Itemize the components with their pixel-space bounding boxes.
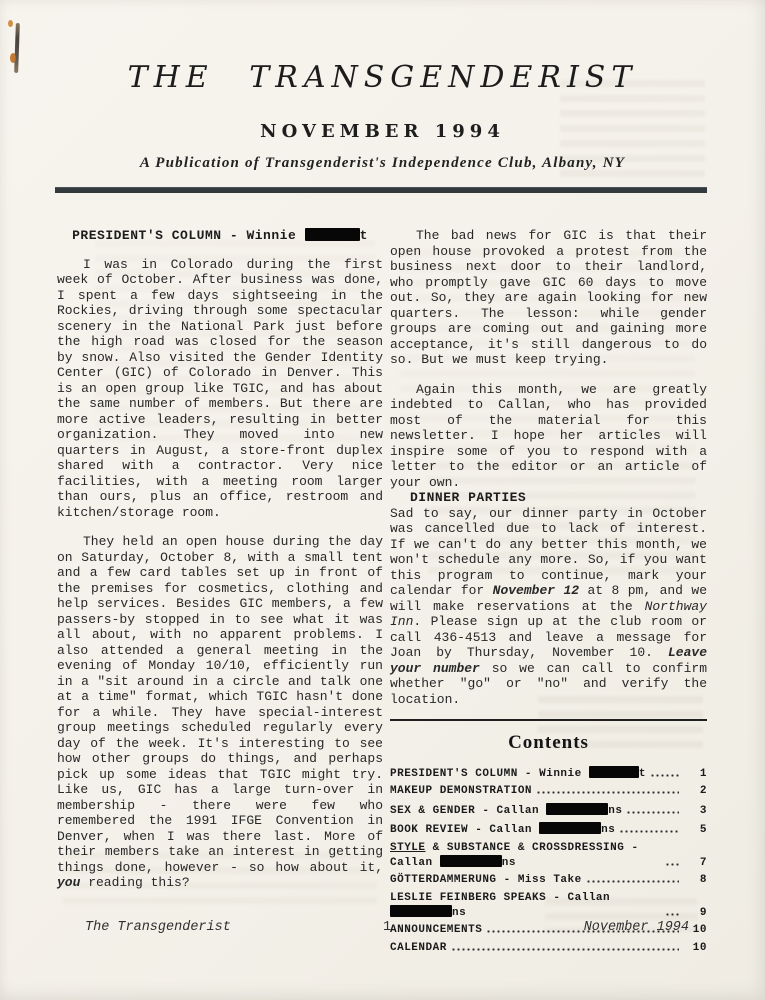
dinner-parties-heading: DINNER PARTIES bbox=[390, 490, 707, 506]
redaction-box bbox=[440, 855, 502, 867]
text-run: ns bbox=[608, 805, 622, 817]
left-column: PRESIDENT'S COLUMN - Winnie t I was in C… bbox=[57, 228, 383, 891]
redaction-box bbox=[539, 822, 601, 834]
contents-page-number: 1 bbox=[683, 768, 707, 781]
text-run: PRESIDENT'S COLUMN - Winnie bbox=[390, 768, 589, 780]
text-run: ns bbox=[502, 857, 516, 869]
footer-issue-date: November 1994 bbox=[391, 920, 707, 935]
contents-page-number: 3 bbox=[683, 805, 707, 818]
contents-page-number: 2 bbox=[683, 785, 707, 798]
dot-leader bbox=[619, 826, 679, 837]
dot-leader bbox=[665, 859, 679, 870]
footer-page-number: 1 bbox=[383, 920, 391, 935]
paragraph: They held an open house during the day o… bbox=[57, 534, 383, 891]
footer-newsletter-name: The Transgenderist bbox=[57, 920, 383, 935]
dinner-parties-paragraph: Sad to say, our dinner party in October … bbox=[390, 506, 707, 708]
contents-page-number: 9 bbox=[683, 907, 707, 920]
redaction-box bbox=[305, 228, 360, 241]
contents-entry: STYLE & SUBSTANCE & CROSSDRESSING - Call… bbox=[390, 842, 707, 870]
contents-entry: BOOK REVIEW - Callan ns5 bbox=[390, 822, 707, 837]
text-run: MAKEUP DEMONSTRATION bbox=[390, 785, 532, 797]
dot-leader bbox=[536, 787, 679, 798]
contents-divider-rule bbox=[390, 719, 707, 721]
contents-entry-label: PRESIDENT'S COLUMN - Winnie t bbox=[390, 766, 646, 781]
text-run: Again this month, we are greatly indebte… bbox=[390, 382, 707, 490]
page-footer: The Transgenderist 1 November 1994 bbox=[57, 920, 707, 935]
text-run: The bad news for GIC is that their open … bbox=[390, 228, 707, 367]
text-run: SEX & GENDER - Callan bbox=[390, 805, 546, 817]
contents-entry: SEX & GENDER - Callan ns3 bbox=[390, 803, 707, 818]
text-run: you bbox=[57, 875, 80, 890]
rust-stain bbox=[10, 53, 16, 63]
text-run: They held an open house during the day o… bbox=[57, 534, 383, 875]
contents-entry-label: CALENDAR bbox=[390, 942, 447, 955]
presidents-column-continued: The bad news for GIC is that their open … bbox=[390, 228, 707, 490]
text-run: November 12 bbox=[493, 583, 579, 598]
publication-subtitle: A Publication of Transgenderist's Indepe… bbox=[0, 155, 765, 172]
contents-entry-label: BOOK REVIEW - Callan ns bbox=[390, 822, 615, 837]
masthead: THE TRANSGENDERIST NOVEMBER 1994 A Publi… bbox=[0, 60, 765, 172]
text-run: LESLIE FEINBERG SPEAKS - Callan bbox=[390, 892, 610, 904]
redaction-box bbox=[390, 905, 452, 917]
contents-entry: PRESIDENT'S COLUMN - Winnie t1 bbox=[390, 766, 707, 781]
contents-page-number: 5 bbox=[683, 824, 707, 837]
issue-date: NOVEMBER 1994 bbox=[0, 121, 765, 142]
text-run: BOOK REVIEW - Callan bbox=[390, 824, 539, 836]
text-run: reading this? bbox=[80, 875, 189, 890]
dot-leader bbox=[626, 807, 679, 818]
text-run: CALENDAR bbox=[390, 942, 447, 954]
dot-leader bbox=[586, 876, 679, 887]
contents-entry: MAKEUP DEMONSTRATION2 bbox=[390, 785, 707, 798]
redaction-box bbox=[589, 766, 639, 778]
contents-page-number: 8 bbox=[683, 874, 707, 887]
newsletter-title: THE TRANSGENDERIST bbox=[0, 60, 765, 95]
text-run: ns bbox=[452, 907, 466, 919]
text-run: I was in Colorado during the first week … bbox=[57, 257, 383, 520]
dot-leader bbox=[451, 944, 679, 955]
contents-entry-label: STYLE & SUBSTANCE & CROSSDRESSING - Call… bbox=[390, 842, 661, 870]
paragraph: I was in Colorado during the first week … bbox=[57, 257, 383, 521]
contents-entry: GÖTTERDAMMERUNG - Miss Take8 bbox=[390, 874, 707, 887]
contents-heading: Contents bbox=[390, 735, 707, 751]
contents-entry-label: SEX & GENDER - Callan ns bbox=[390, 803, 622, 818]
contents-page-number: 7 bbox=[683, 857, 707, 870]
text-run: STYLE bbox=[390, 842, 426, 854]
right-column: The bad news for GIC is that their open … bbox=[390, 228, 707, 959]
contents-entry: CALENDAR10 bbox=[390, 942, 707, 955]
text-run: PRESIDENT'S COLUMN - Winnie bbox=[72, 228, 304, 243]
paragraph: Again this month, we are greatly indebte… bbox=[390, 382, 707, 491]
text-run: . Please sign up at the club room or cal… bbox=[390, 614, 707, 660]
presidents-column-body: I was in Colorado during the first week … bbox=[57, 257, 383, 891]
text-run: t bbox=[360, 228, 368, 243]
contents-page-number: 10 bbox=[683, 942, 707, 955]
contents-entry-label: MAKEUP DEMONSTRATION bbox=[390, 785, 532, 798]
newsletter-page: THE TRANSGENDERIST NOVEMBER 1994 A Publi… bbox=[0, 0, 765, 1000]
presidents-column-heading: PRESIDENT'S COLUMN - Winnie t bbox=[57, 228, 383, 244]
masthead-divider-rule bbox=[55, 187, 707, 193]
text-run: ns bbox=[601, 824, 615, 836]
redaction-box bbox=[546, 803, 608, 815]
text-run: GÖTTERDAMMERUNG - Miss Take bbox=[390, 874, 582, 886]
text-run: t bbox=[639, 768, 646, 780]
dot-leader bbox=[650, 770, 679, 781]
dot-leader bbox=[665, 909, 679, 920]
contents-entry-label: GÖTTERDAMMERUNG - Miss Take bbox=[390, 874, 582, 887]
contents-entry: LESLIE FEINBERG SPEAKS - Callan ns9 bbox=[390, 892, 707, 920]
paragraph: The bad news for GIC is that their open … bbox=[390, 228, 707, 368]
contents-entry-label: LESLIE FEINBERG SPEAKS - Callan ns bbox=[390, 892, 661, 920]
rust-stain bbox=[8, 20, 13, 27]
